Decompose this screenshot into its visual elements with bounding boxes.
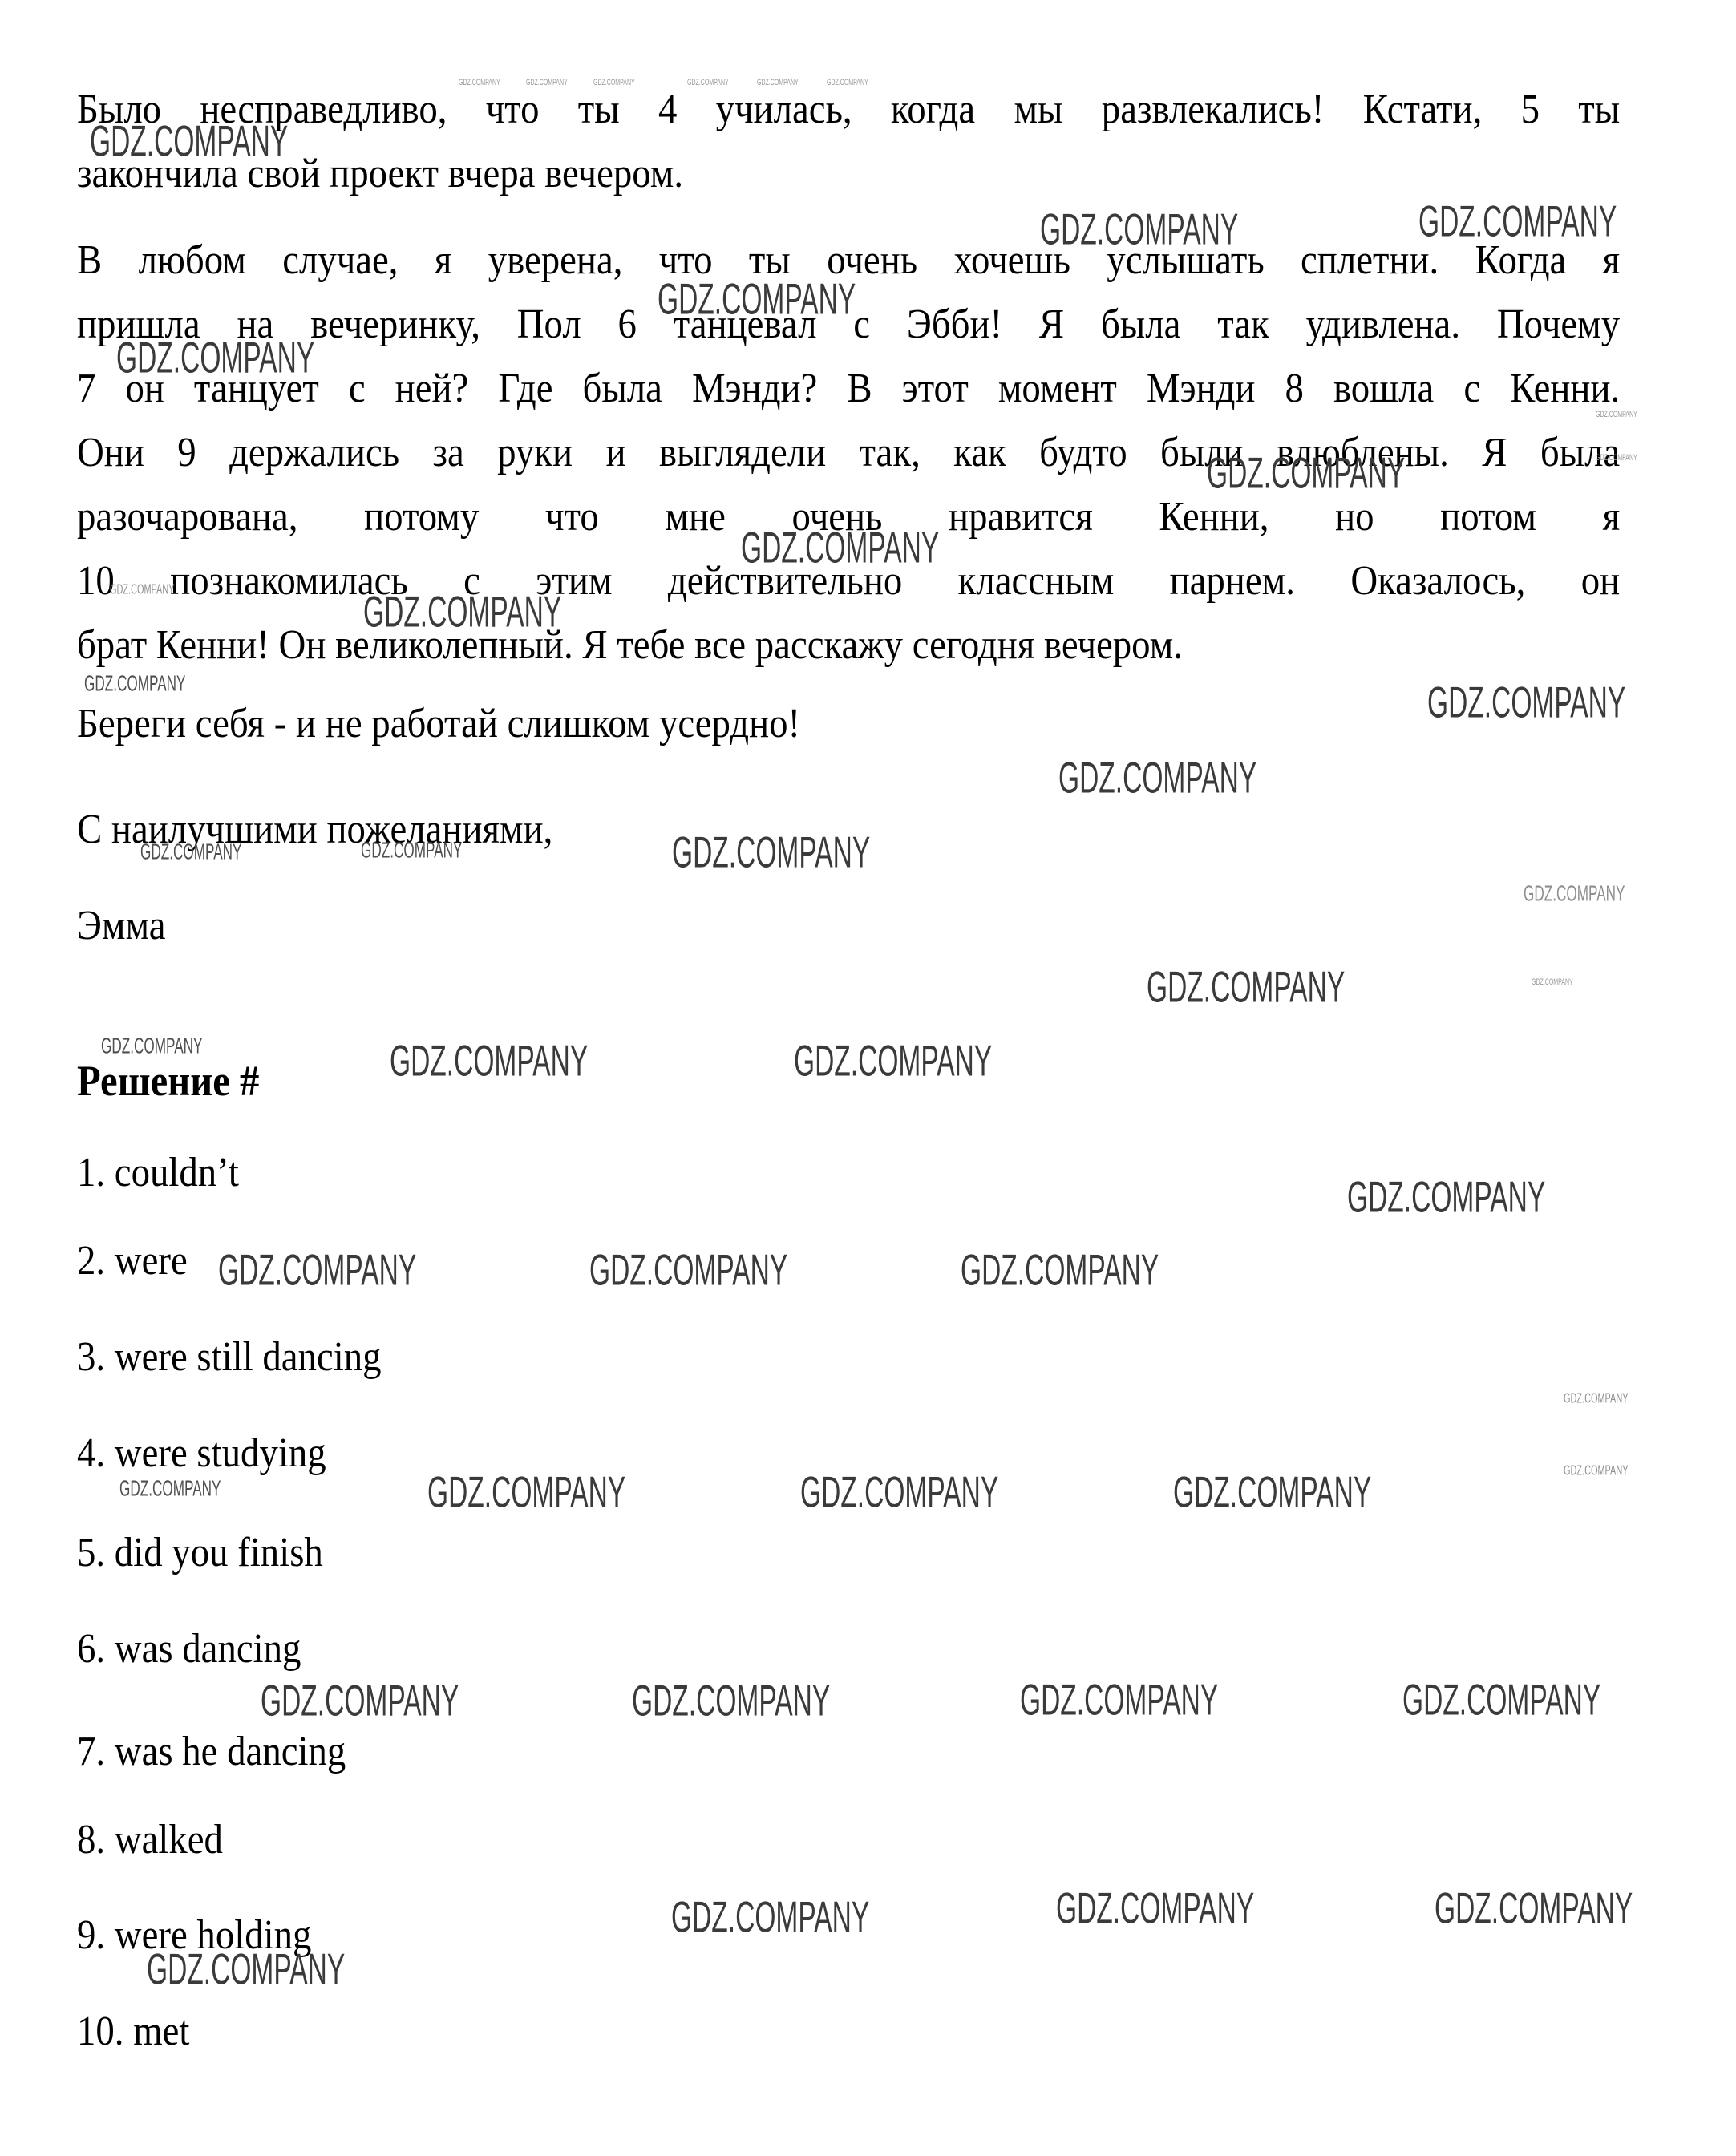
solution-item-6: 6. was dancing	[77, 1617, 1620, 1681]
watermark: GDZ.COMPANY	[827, 77, 868, 87]
watermark: GDZ.COMPANY	[1435, 1884, 1633, 1934]
letter-signature: Эмма	[77, 894, 1620, 958]
watermark: GDZ.COMPANY	[800, 1468, 998, 1518]
watermark: GDZ.COMPANY	[1040, 205, 1238, 255]
watermark: GDZ.COMPANY	[84, 670, 185, 697]
watermark: GDZ.COMPANY	[1020, 1676, 1218, 1725]
document-page: Было несправедливо, что ты 4 училась, ко…	[0, 0, 1736, 2156]
watermark: GDZ.COMPANY	[632, 1677, 830, 1726]
watermark: GDZ.COMPANY	[741, 524, 939, 573]
list-item: 10. met	[77, 2000, 1620, 2064]
watermark: GDZ.COMPANY	[90, 117, 288, 167]
watermark: GDZ.COMPANY	[140, 839, 241, 865]
watermark: GDZ.COMPANY	[794, 1037, 992, 1086]
watermark: GDZ.COMPANY	[658, 275, 856, 325]
solution-item-8: 8. walked	[77, 1808, 1620, 1872]
watermark: GDZ.COMPANY	[589, 1246, 787, 1296]
watermark: GDZ.COMPANY	[390, 1037, 588, 1086]
solution-item-3: 3. were still dancing	[77, 1325, 1620, 1389]
watermark: GDZ.COMPANY	[757, 77, 799, 87]
letter-farewell: Береги себя - и не работай слишком усерд…	[77, 692, 1620, 756]
watermark: GDZ.COMPANY	[361, 837, 462, 864]
text-line: Было несправедливо, что ты 4 училась, ко…	[77, 78, 1620, 142]
watermark: GDZ.COMPANY	[101, 1033, 202, 1059]
watermark: GDZ.COMPANY	[261, 1677, 459, 1726]
solution-item-10: 10. met	[77, 2000, 1620, 2064]
watermark: GDZ.COMPANY	[1147, 963, 1345, 1013]
list-item: 7. was he dancing	[77, 1720, 1620, 1784]
watermark: GDZ.COMPANY	[672, 828, 870, 878]
watermark: GDZ.COMPANY	[427, 1468, 625, 1518]
letter-paragraph-1: Было несправедливо, что ты 4 училась, ко…	[77, 78, 1620, 206]
watermark: GDZ.COMPANY	[671, 1893, 869, 1943]
watermark: GDZ.COMPANY	[1207, 449, 1405, 499]
watermark: GDZ.COMPANY	[218, 1246, 416, 1296]
solution-item-5: 5. did you finish	[77, 1521, 1620, 1585]
list-item: 8. walked	[77, 1808, 1620, 1872]
watermark: GDZ.COMPANY	[593, 77, 635, 87]
watermark: GDZ.COMPANY	[363, 588, 561, 637]
text-line: брат Кенни! Он великолепный. Я тебе все …	[77, 613, 1620, 678]
list-item: 5. did you finish	[77, 1521, 1620, 1585]
watermark: GDZ.COMPANY	[119, 1475, 221, 1502]
text-line: Береги себя - и не работай слишком усерд…	[77, 692, 1620, 756]
watermark: GDZ.COMPANY	[147, 1945, 345, 1995]
watermark: GDZ.COMPANY	[1402, 1676, 1600, 1725]
watermark: GDZ.COMPANY	[1347, 1173, 1545, 1223]
watermark: GDZ.COMPANY	[1564, 1389, 1628, 1406]
solution-item-7: 7. was he dancing	[77, 1720, 1620, 1784]
watermark: GDZ.COMPANY	[1524, 880, 1625, 907]
watermark: GDZ.COMPANY	[1058, 754, 1256, 803]
watermark: GDZ.COMPANY	[1596, 409, 1637, 419]
watermark: GDZ.COMPANY	[116, 334, 314, 383]
watermark: GDZ.COMPANY	[961, 1246, 1159, 1296]
watermark: GDZ.COMPANY	[110, 580, 174, 597]
watermark: GDZ.COMPANY	[1427, 678, 1625, 728]
list-item: 3. were still dancing	[77, 1325, 1620, 1389]
text-line: Эмма	[77, 894, 1620, 958]
watermark: GDZ.COMPANY	[1596, 452, 1637, 463]
watermark: GDZ.COMPANY	[459, 77, 500, 87]
watermark: GDZ.COMPANY	[526, 77, 568, 87]
watermark: GDZ.COMPANY	[1418, 197, 1617, 247]
watermark: GDZ.COMPANY	[1532, 977, 1573, 987]
text-line: закончила свой проект вчера вечером.	[77, 142, 1620, 206]
list-item: 6. was dancing	[77, 1617, 1620, 1681]
watermark: GDZ.COMPANY	[687, 77, 729, 87]
watermark: GDZ.COMPANY	[1564, 1462, 1628, 1478]
watermark: GDZ.COMPANY	[1173, 1468, 1371, 1518]
watermark: GDZ.COMPANY	[1056, 1884, 1254, 1934]
